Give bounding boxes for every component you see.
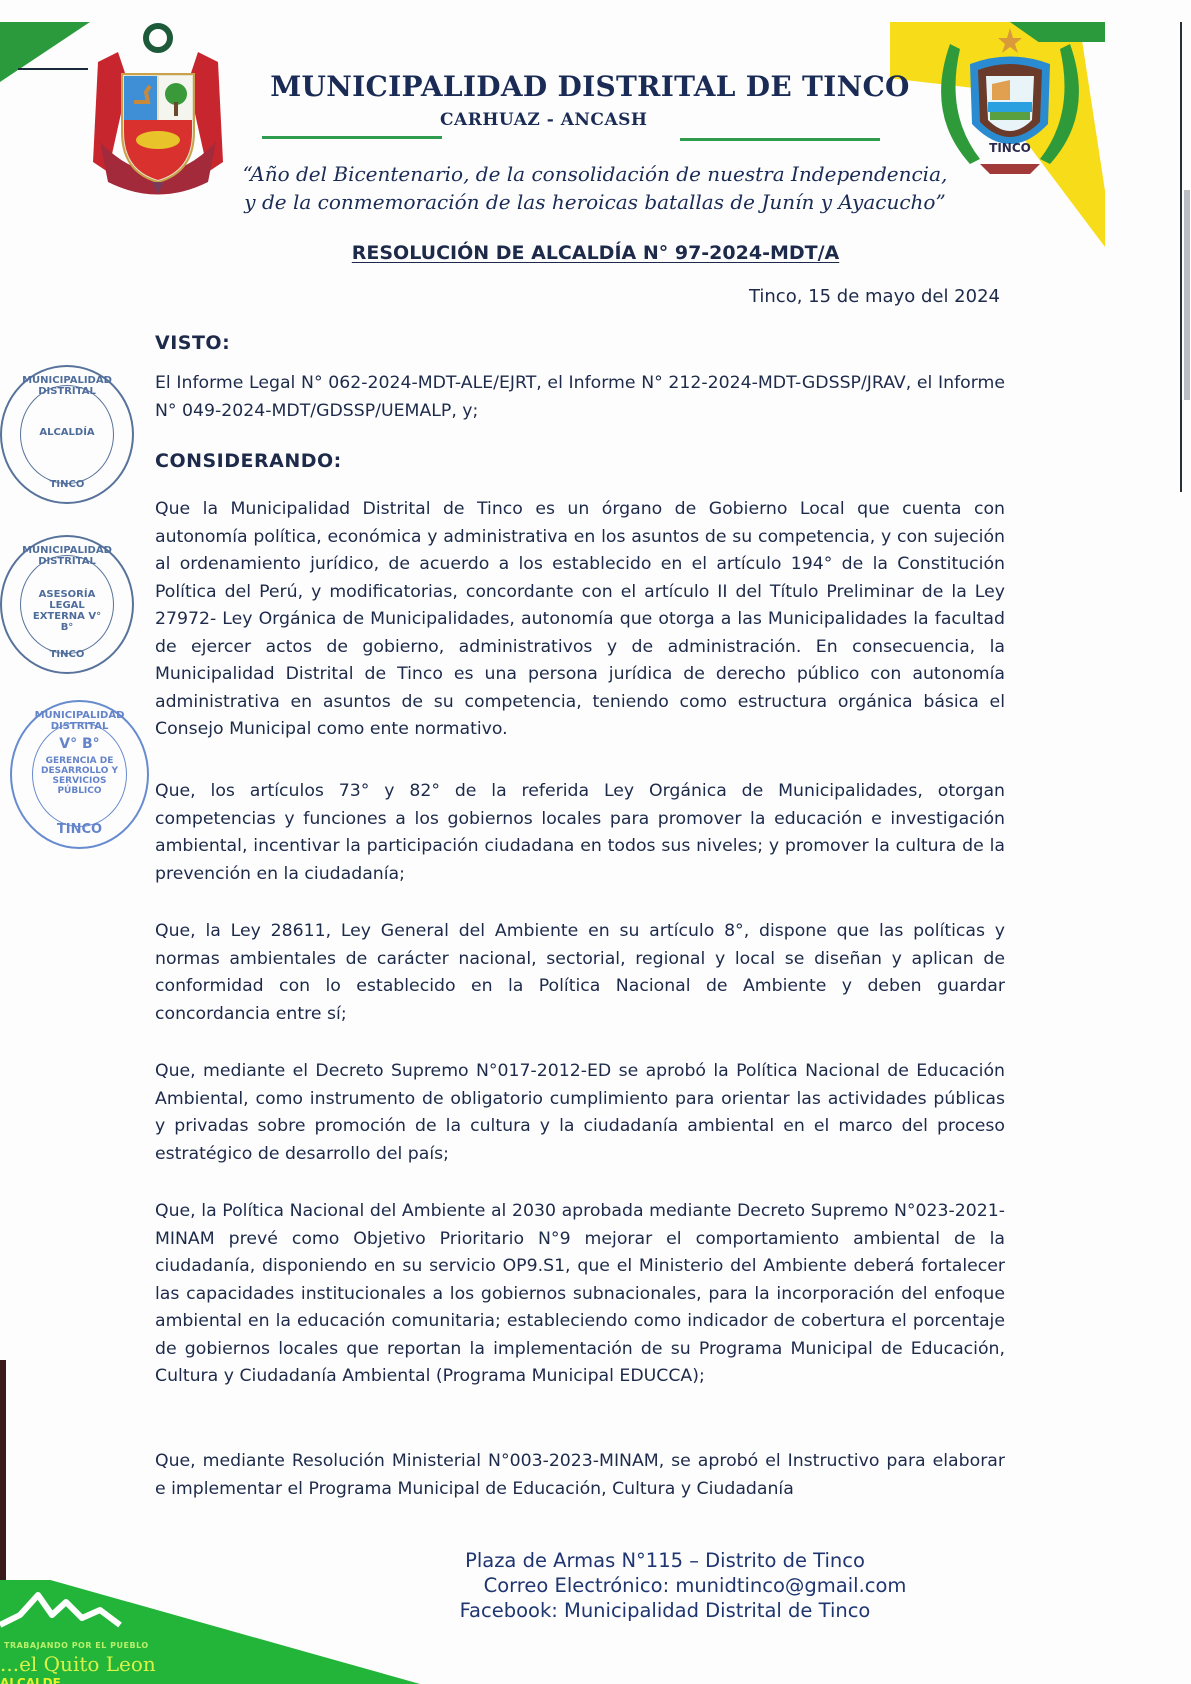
paragraph: Que, los artículos 73° y 82° de la refer… bbox=[155, 778, 1005, 888]
institution-location: CARHUAZ - ANCASH bbox=[440, 110, 648, 130]
paragraph: Que, la Política Nacional del Ambiente a… bbox=[155, 1198, 1005, 1391]
paragraph: Que, mediante Resolución Ministerial N°0… bbox=[155, 1448, 1005, 1503]
stamp-asesoria-legal: MUNICIPALIDAD DISTRITAL ASESORÍA LEGAL E… bbox=[0, 535, 134, 674]
stamp-gerencia-desarrollo: MUNICIPALIDAD DISTRITAL V° B° GERENCIA D… bbox=[10, 700, 149, 849]
visto-heading: VISTO: bbox=[155, 332, 230, 354]
header-green-band bbox=[0, 22, 90, 82]
tinco-crest-icon: TINCO bbox=[930, 24, 1090, 189]
header-line bbox=[18, 68, 88, 70]
considerando-heading: CONSIDERANDO: bbox=[155, 450, 342, 472]
scan-edge-shadow bbox=[1184, 190, 1190, 400]
svg-text:TINCO: TINCO bbox=[989, 141, 1031, 155]
header-rule-right bbox=[680, 138, 880, 141]
paragraph: Que, mediante el Decreto Supremo N°017-2… bbox=[155, 1058, 1005, 1168]
footer-email: Correo Electrónico: munidtinco@gmail.com bbox=[395, 1573, 935, 1598]
footer-slogan: TRABAJANDO POR EL PUEBLO bbox=[4, 1641, 149, 1650]
document-date: Tinco, 15 de mayo del 2024 bbox=[700, 286, 1000, 307]
mountain-logo-icon bbox=[0, 1590, 150, 1635]
motto-line-2: y de la conmemoración de las heroicas ba… bbox=[205, 188, 985, 216]
motto-line-1: “Año del Bicentenario, de la consolidaci… bbox=[205, 160, 985, 188]
footer-facebook: Facebook: Municipalidad Distrital de Tin… bbox=[395, 1598, 935, 1623]
scan-edge-left bbox=[0, 1360, 6, 1580]
institution-name: MUNICIPALIDAD DISTRITAL DE TINCO bbox=[270, 70, 910, 103]
header-rule-left bbox=[262, 136, 442, 139]
resolution-title: RESOLUCIÓN DE ALCALDÍA N° 97-2024-MDT/A bbox=[0, 242, 1191, 264]
visto-text: El Informe Legal N° 062-2024-MDT-ALE/EJR… bbox=[155, 370, 1005, 425]
footer-contact: Plaza de Armas N°115 – Distrito de Tinco… bbox=[395, 1548, 935, 1623]
mayor-name: ...el Quito Leon bbox=[0, 1652, 156, 1676]
footer-address: Plaza de Armas N°115 – Distrito de Tinco bbox=[395, 1548, 935, 1573]
paragraph: Que, la Ley 28611, Ley General del Ambie… bbox=[155, 918, 1005, 1028]
paragraph: Que la Municipalidad Distrital de Tinco … bbox=[155, 496, 1005, 744]
mayor-role: ALCALDE bbox=[0, 1676, 61, 1684]
stamp-alcaldia: MUNICIPALIDAD DISTRITAL ALCALDÍA TINCO bbox=[0, 365, 134, 504]
year-motto: “Año del Bicentenario, de la consolidaci… bbox=[205, 160, 985, 216]
